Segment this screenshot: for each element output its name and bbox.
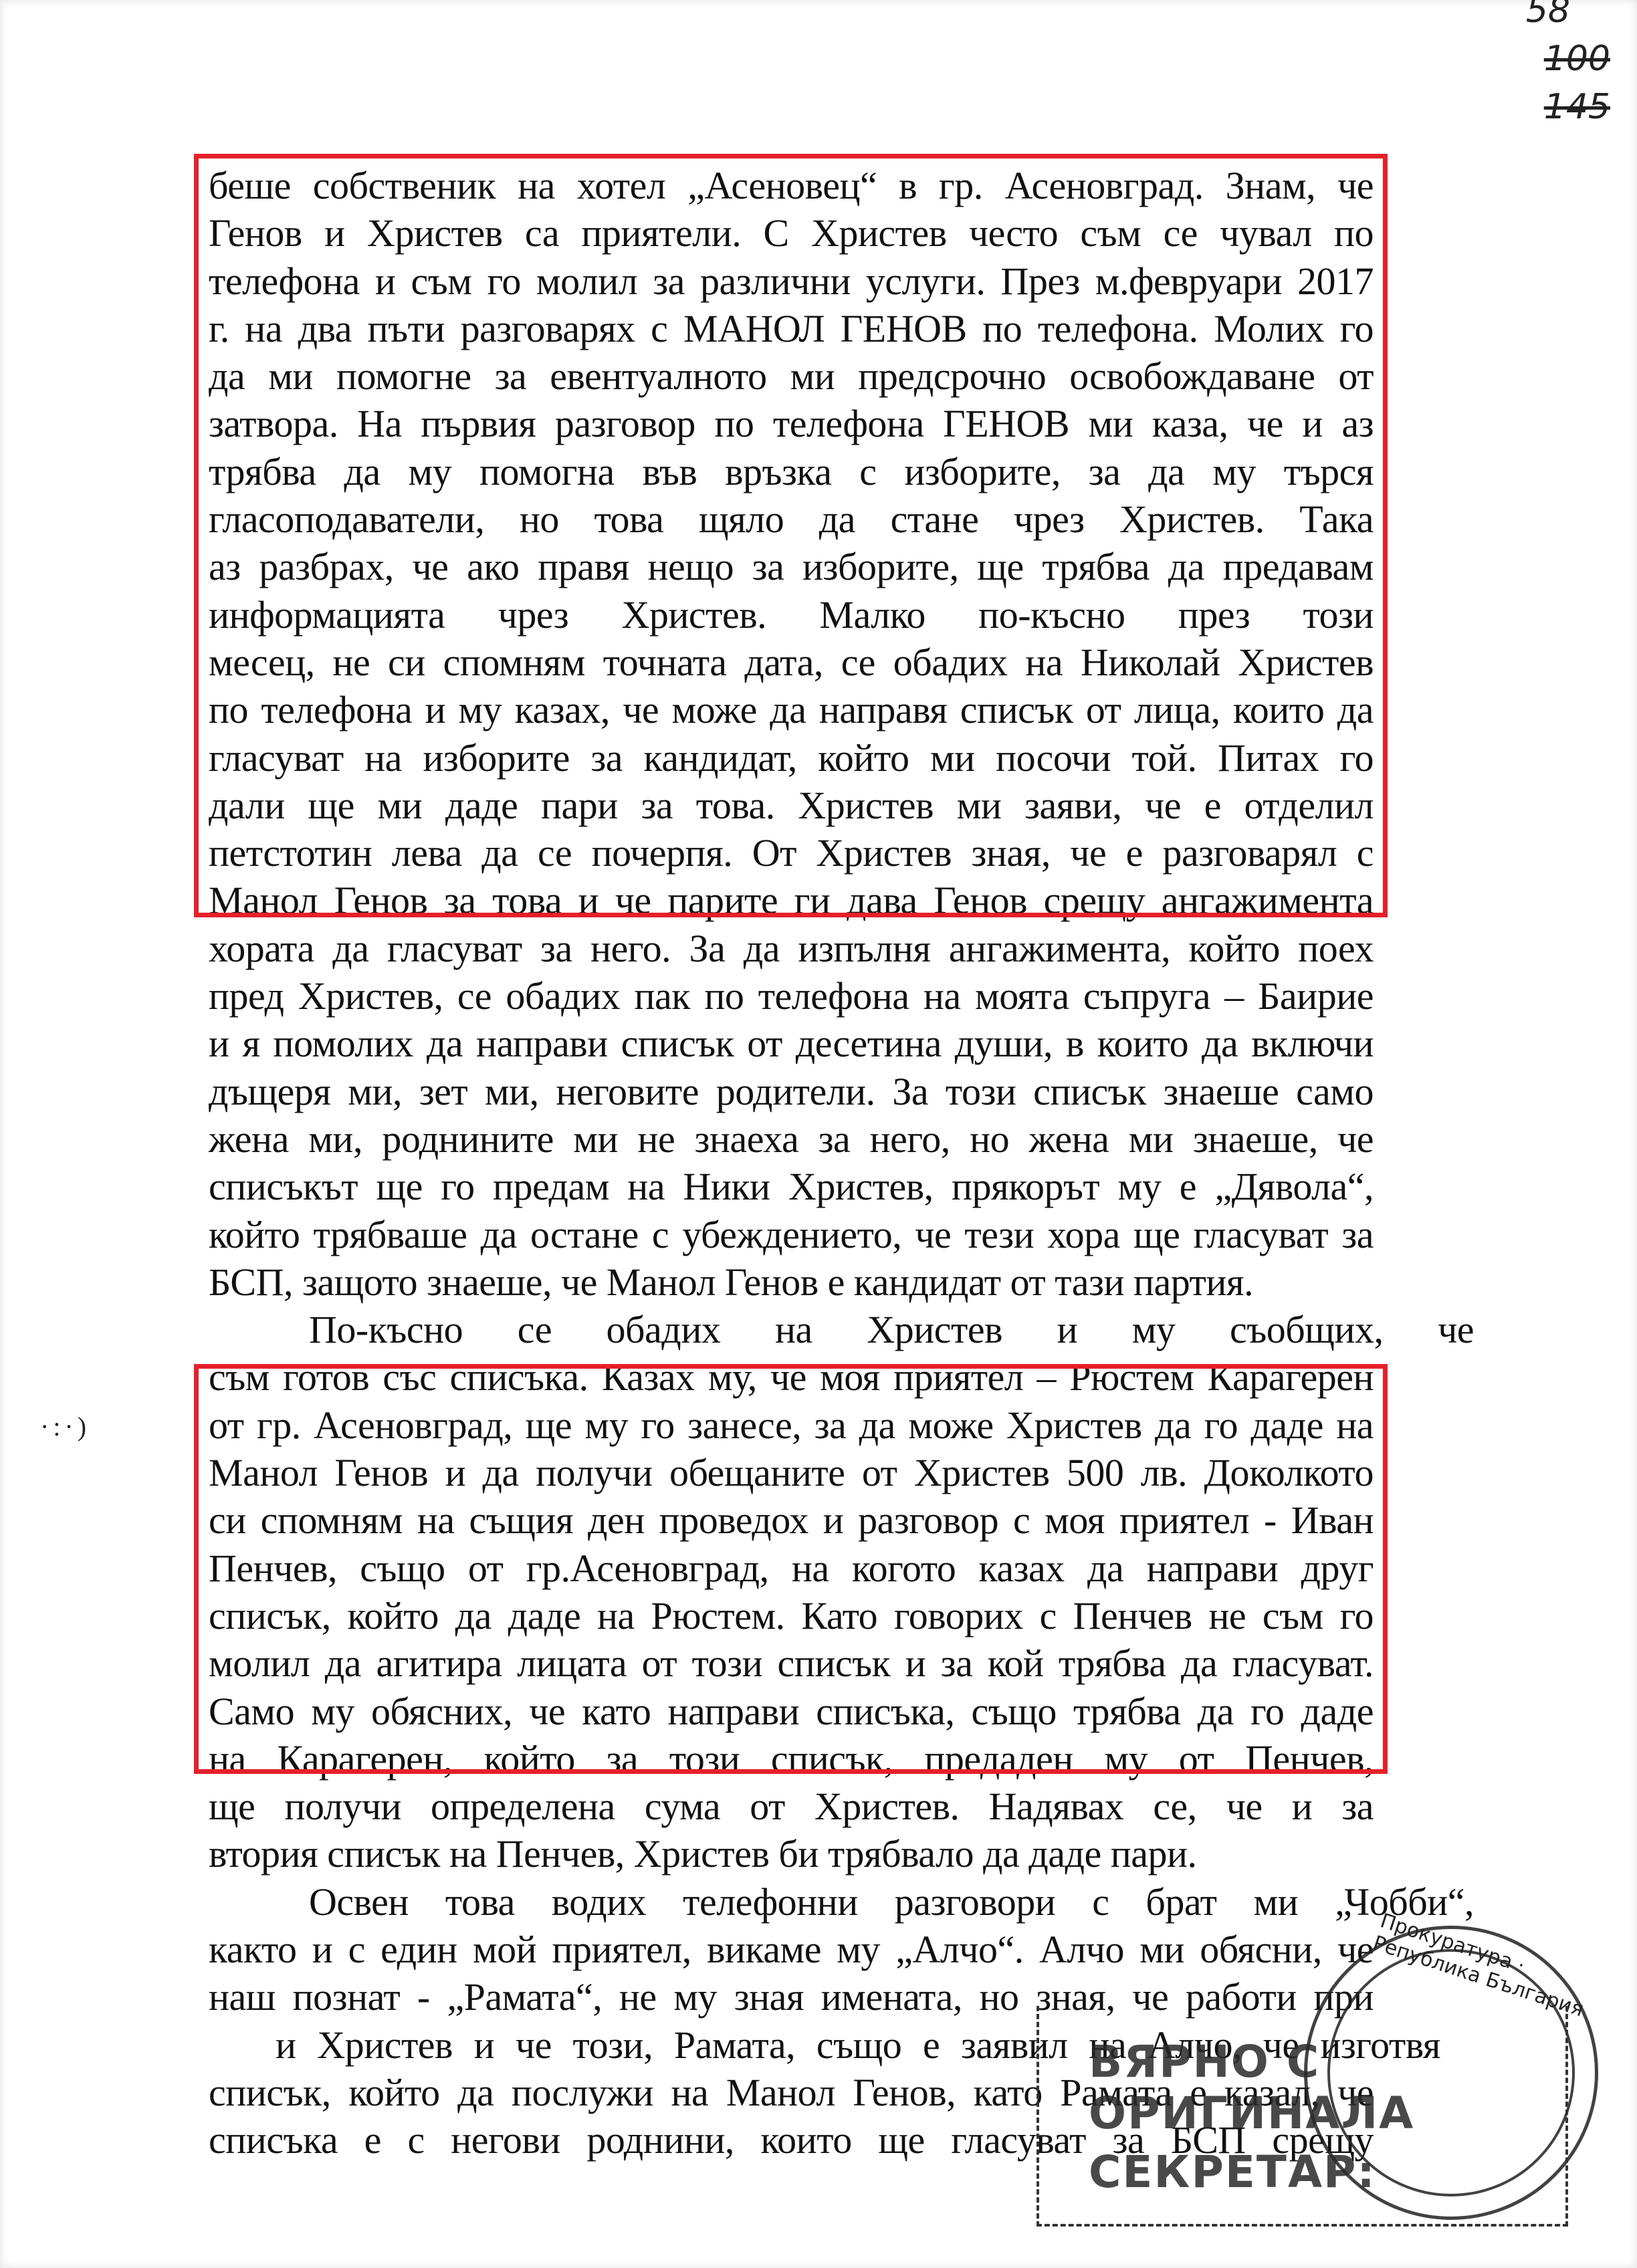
text-line: месец, не си спомням точната дата, се об…	[209, 639, 1374, 686]
text-line: молил да агитира лицата от този списък и…	[209, 1639, 1374, 1687]
text-line: пред Христев, се обадих пак по телефона …	[209, 972, 1374, 1020]
text-line: както и с един мой приятел, викаме му „А…	[209, 1926, 1374, 1973]
text-line: информацията чрез Христев. Малко по-късн…	[209, 591, 1374, 639]
text-line: трябва да му помогна във връзка с избори…	[209, 448, 1374, 495]
text-line: списъкът ще го предам на Ники Христев, п…	[209, 1163, 1374, 1210]
text-line: на Карагерен, който за този списък, пред…	[209, 1735, 1374, 1783]
text-line: Манол Генов за това и че парите ги дава …	[209, 877, 1374, 924]
text-line: Само му обясних, че като направи списъка…	[209, 1688, 1374, 1735]
page-number-3: 145	[1477, 83, 1610, 131]
scan-specks: ·:·)	[40, 1411, 90, 1442]
margin-page-numbers: 58 100 145	[1477, 0, 1610, 131]
text-line: жена ми, роднините ми не знаеха за него,…	[209, 1115, 1374, 1163]
text-line: БСП, защото знаеше, че Манол Генов е кан…	[209, 1258, 1374, 1306]
text-line: гласуват на изборите за кандидат, който …	[209, 734, 1374, 782]
text-line: дъщеря ми, зет ми, неговите родители. За…	[209, 1068, 1374, 1115]
text-line: петстотин лева да се почерпя. От Христев…	[209, 829, 1374, 877]
text-line: аз разбрах, че ако правя нещо за изборит…	[209, 543, 1374, 590]
text-line: втория списък на Пенчев, Христев би тряб…	[209, 1830, 1374, 1878]
text-line: съм готов със списъка. Казах му, че моя …	[209, 1353, 1374, 1401]
text-line: Пенчев, също от гр.Асеновград, на когото…	[209, 1545, 1374, 1592]
text-line: да ми помогне за евентуалното ми предсро…	[209, 352, 1374, 400]
text-line: гласоподаватели, но това щяло да стане ч…	[209, 495, 1374, 543]
page-number-1: 58	[1477, 0, 1570, 35]
text-line: По-късно се обадих на Христев и му съобщ…	[209, 1306, 1474, 1353]
text-line: ще получи определена сума от Христев. На…	[209, 1783, 1374, 1830]
text-line: дали ще ми даде пари за това. Христев ми…	[209, 782, 1374, 829]
text-line: от гр. Асеновград, ще му го занесе, за д…	[209, 1401, 1374, 1449]
text-line: си спомням на същия ден проведох и разго…	[209, 1496, 1374, 1544]
stamp-true-copy: ВЯРНО С ОРИГИНАЛА	[1089, 2036, 1637, 2139]
text-line: затвора. На първия разговор по телефона …	[209, 400, 1374, 447]
stamp-secretary: СЕКРЕТАР:	[1089, 2146, 1376, 2198]
page-number-2: 100	[1477, 35, 1610, 83]
text-line: и я помолих да направи списък от десетин…	[209, 1020, 1374, 1067]
text-line: Освен това водих телефонни разговори с б…	[209, 1878, 1474, 1926]
text-line: хората да гласуват за него. За да изпълн…	[209, 925, 1374, 972]
document-body: беше собственик на хотел „Асеновец“ в гр…	[209, 162, 1374, 2164]
text-line: Манол Генов и да получи обещаните от Хри…	[209, 1449, 1374, 1496]
text-line: беше собственик на хотел „Асеновец“ в гр…	[209, 162, 1374, 209]
text-line: телефона и съм го молил за различни услу…	[209, 257, 1374, 305]
text-line: г. на два пъти разговарях с МАНОЛ ГЕНОВ …	[209, 305, 1374, 352]
text-line: по телефона и му казах, че може да напра…	[209, 686, 1374, 733]
text-line: който трябваше да остане с убеждението, …	[209, 1211, 1374, 1258]
text-line: списък, който да даде на Рюстем. Като го…	[209, 1592, 1374, 1639]
text-line: Генов и Христев са приятели. С Христев ч…	[209, 209, 1374, 257]
